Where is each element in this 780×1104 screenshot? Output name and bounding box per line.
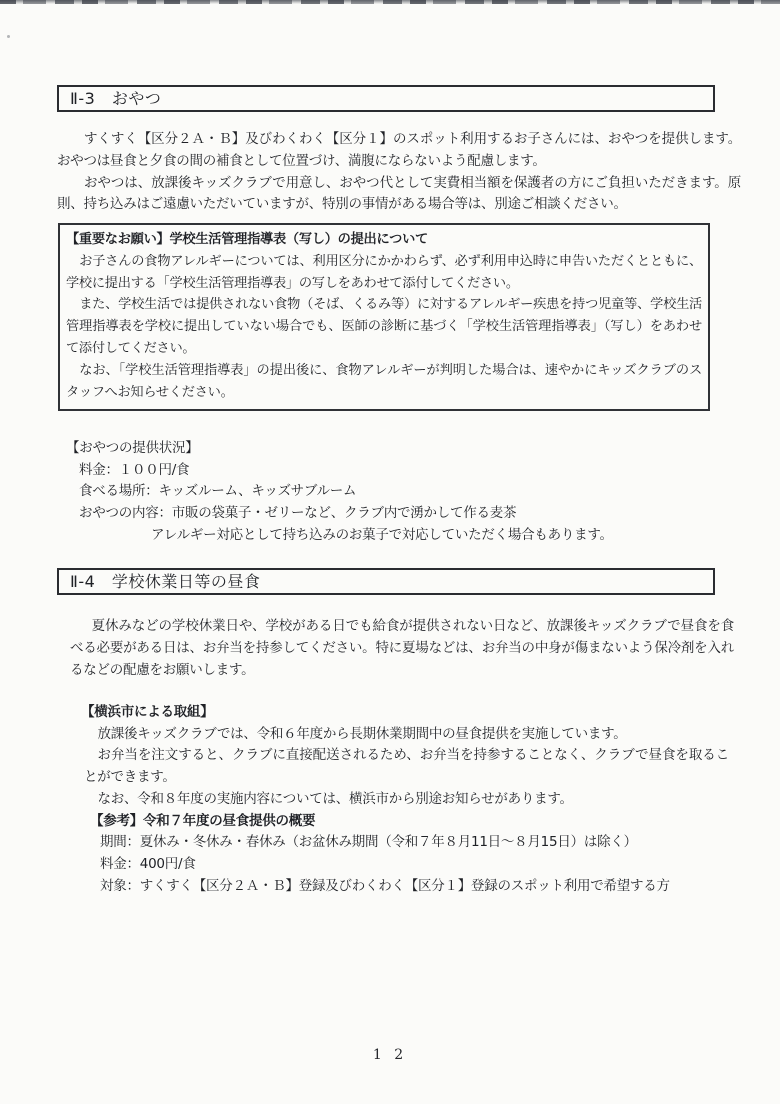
city-paragraph-3: なお、令和８年度の実施内容については、横浜市から別途お知らせがあります。 bbox=[84, 789, 729, 811]
city-paragraph-2: お弁当を注文すると、クラブに直接配送されるため、お弁当を持参することなく、クラブ… bbox=[84, 745, 729, 788]
scan-artifact-top-edge bbox=[0, 0, 780, 4]
notice-title: 【重要なお願い】学校生活管理指導表（写し）の提出について bbox=[66, 229, 702, 251]
notice-paragraph-1: お子さんの食物アレルギーについては、利用区分にかかわらず、必ず利用申込時に申告い… bbox=[66, 251, 702, 295]
notice-paragraph-3: なお、「学校生活管理指導表」の提出後に、食物アレルギーが判明した場合は、速やかに… bbox=[66, 360, 702, 404]
oyatsu-paragraph-1: すくすく【区分２Ａ・Ｂ】及びわくわく【区分１】のスポット利用するお子さんには、お… bbox=[57, 129, 741, 173]
status-fee: 料金：１００円/食 bbox=[79, 460, 746, 482]
scan-speck bbox=[7, 35, 10, 38]
city-paragraph-1: 放課後キッズクラブでは、令和６年度から長期休業期間中の昼食提供を実施しています。 bbox=[84, 724, 729, 746]
oyatsu-paragraphs: すくすく【区分２Ａ・Ｂ】及びわくわく【区分１】のスポット利用するお子さんには、お… bbox=[57, 129, 741, 216]
status-title: 【おやつの提供状況】 bbox=[66, 438, 746, 460]
status-place: 食べる場所：キッズルーム、キッズサブルーム bbox=[79, 481, 746, 503]
notice-paragraph-2: また、学校生活では提供されない食物（そば、くるみ等）に対するアレルギー疾患を持つ… bbox=[66, 294, 702, 359]
section-heading-oyatsu: Ⅱ-3 おやつ bbox=[57, 85, 715, 112]
status-contents-note: アレルギー対応として持ち込みのお菓子で対応していただく場合もあります。 bbox=[151, 525, 746, 547]
status-contents: おやつの内容：市販の袋菓子・ゼリーなど、クラブ内で湧かして作る麦茶 bbox=[79, 503, 746, 525]
yokohama-city-initiative-block: 【横浜市による取組】 放課後キッズクラブでは、令和６年度から長期休業期間中の昼食… bbox=[81, 702, 729, 897]
reference-period: 期間：夏休み・冬休み・春休み（お盆休み期間（令和７年８月11日～８月15日）は除… bbox=[100, 832, 729, 854]
scanned-document-page: Ⅱ-3 おやつ すくすく【区分２Ａ・Ｂ】及びわくわく【区分１】のスポット利用する… bbox=[0, 0, 780, 1104]
important-notice-box: 【重要なお願い】学校生活管理指導表（写し）の提出について お子さんの食物アレルギ… bbox=[58, 223, 710, 411]
page-number: 1 2 bbox=[0, 1047, 780, 1063]
city-initiative-title: 【横浜市による取組】 bbox=[81, 702, 729, 724]
oyatsu-paragraph-2: おやつは、放課後キッズクラブで用意し、おやつ代として実費相当額を保護者の方にご負… bbox=[57, 173, 741, 217]
section-heading-oyatsu-label: Ⅱ-3 おやつ bbox=[70, 89, 161, 108]
lunch-paragraph-1: 夏休みなどの学校休業日や、学校がある日でも給食が提供されない日など、放課後キッズ… bbox=[70, 616, 734, 681]
oyatsu-status-block: 【おやつの提供状況】 料金：１００円/食 食べる場所：キッズルーム、キッズサブル… bbox=[66, 438, 746, 547]
reference-title: 【参考】令和７年度の昼食提供の概要 bbox=[90, 811, 729, 833]
section-heading-lunch: Ⅱ-4 学校休業日等の昼食 bbox=[57, 568, 715, 595]
reference-target: 対象：すくすく【区分２Ａ・Ｂ】登録及びわくわく【区分１】登録のスポット利用で希望… bbox=[100, 876, 729, 898]
lunch-paragraphs: 夏休みなどの学校休業日や、学校がある日でも給食が提供されない日など、放課後キッズ… bbox=[70, 616, 734, 681]
section-heading-lunch-label: Ⅱ-4 学校休業日等の昼食 bbox=[70, 572, 260, 591]
reference-fee: 料金：400円/食 bbox=[100, 854, 729, 876]
